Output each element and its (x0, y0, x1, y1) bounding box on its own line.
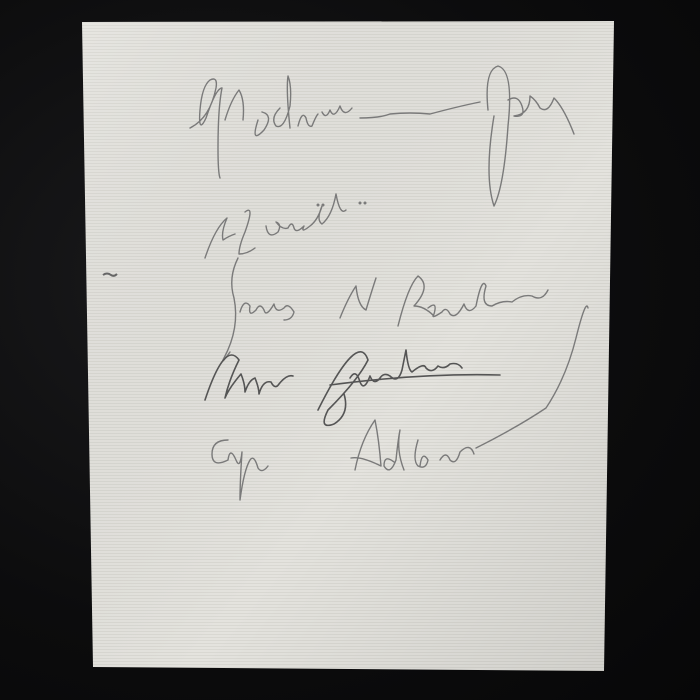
photo-scene: Friedman Sefat H Lörik James N Rosenberg… (0, 0, 700, 700)
paper-sheet (0, 0, 700, 700)
